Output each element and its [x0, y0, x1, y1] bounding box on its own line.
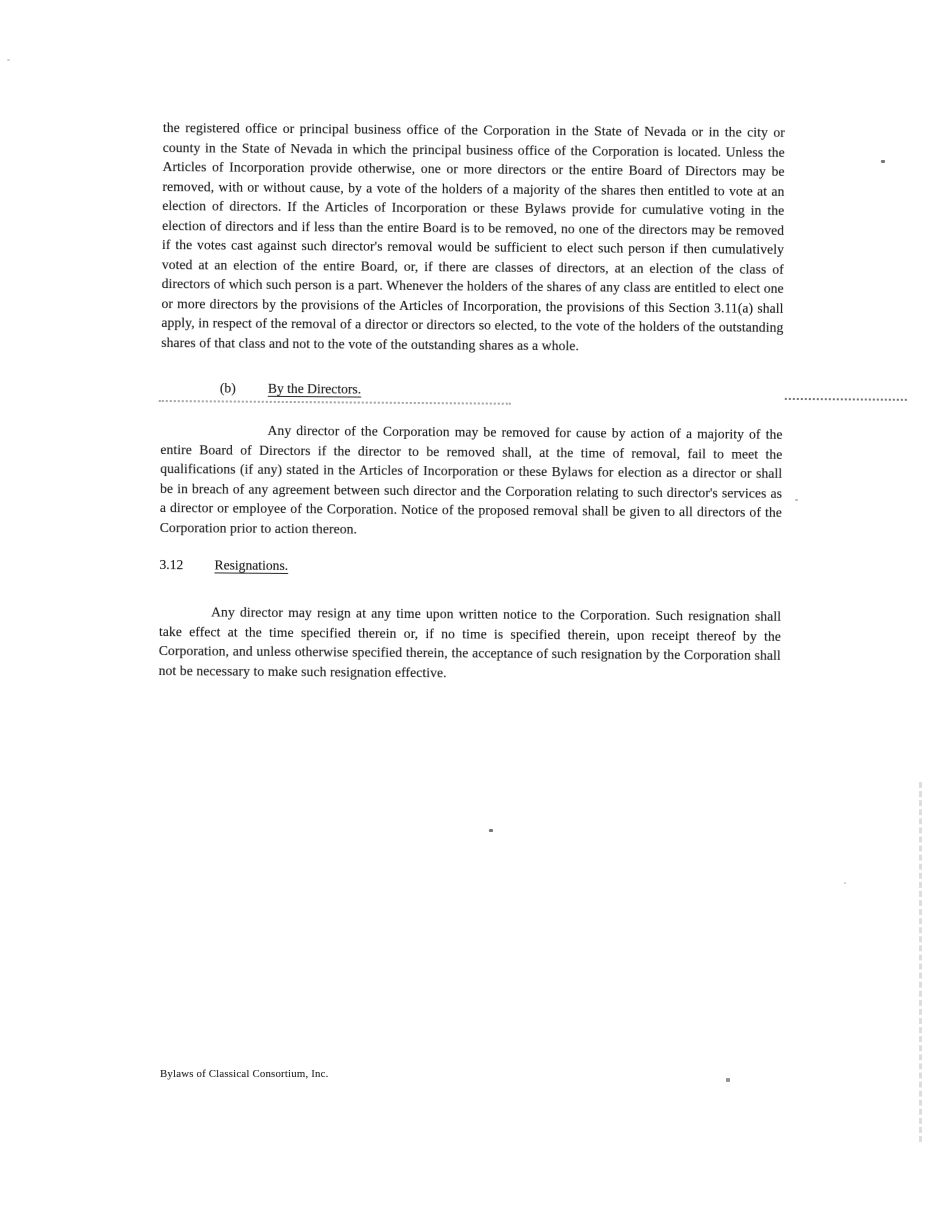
section-3-12-number: 3.12 — [159, 555, 183, 575]
paragraph-removal-by-directors: Any director of the Corporation may be r… — [160, 420, 783, 542]
scan-speck — [7, 59, 10, 61]
scanned-document-page: the registered office or principal busin… — [0, 0, 934, 1208]
section-3-12-heading: 3.12 Resignations. — [159, 555, 781, 580]
paragraph-removal-by-shareholders-continuation: the registered office or principal busin… — [161, 118, 785, 357]
section-3-12-title: Resignations. — [214, 555, 288, 575]
scan-speck — [844, 882, 846, 884]
document-text-block: the registered office or principal busin… — [159, 118, 785, 685]
scan-speck — [726, 1078, 730, 1082]
scan-edge-noise — [915, 782, 922, 1142]
subsection-b-title: By the Directors. — [268, 379, 361, 399]
scan-speck — [795, 499, 798, 501]
scan-speck — [489, 829, 493, 832]
scan-speck — [881, 160, 885, 163]
subsection-b-label: (b) — [220, 378, 236, 398]
page-footer: Bylaws of Classical Consortium, Inc. — [160, 1068, 329, 1080]
paragraph-resignations: Any director may resign at any time upon… — [159, 602, 782, 685]
scan-artifact-dotted-trail — [785, 395, 907, 401]
